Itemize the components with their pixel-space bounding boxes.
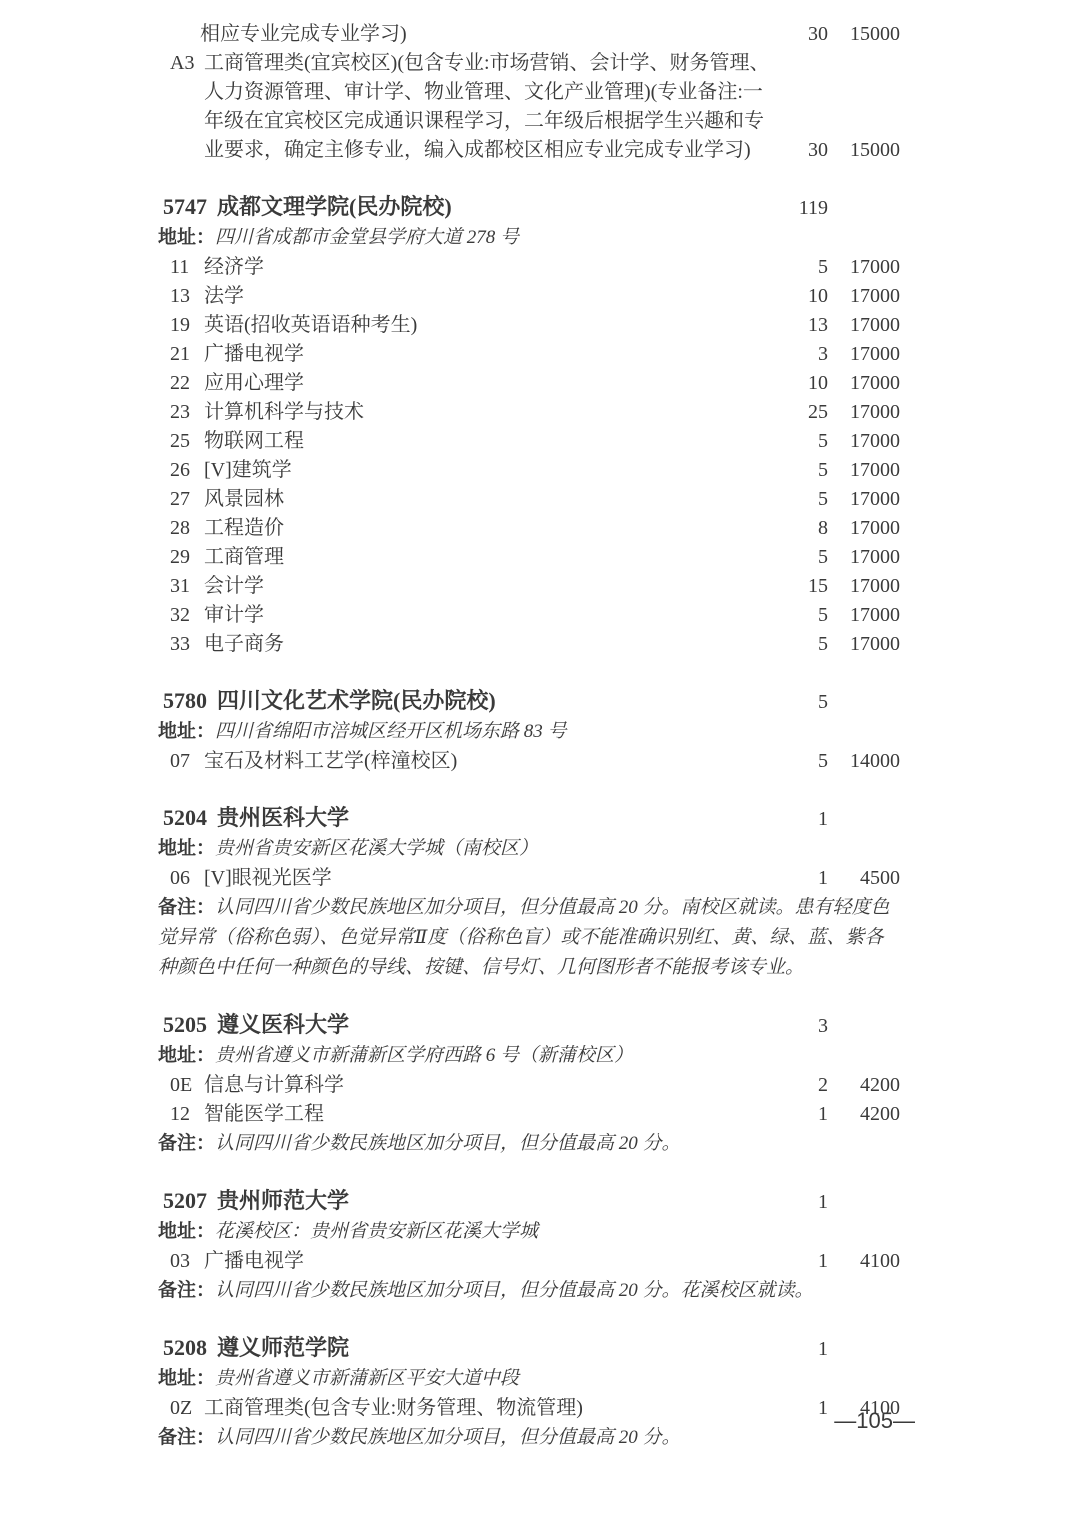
program-row: 13法学1017000 <box>158 282 900 311</box>
address-text: 四川省成都市金堂县学府大道 278 号 <box>215 223 519 253</box>
program-row: 11经济学517000 <box>158 253 900 282</box>
program-code: 03 <box>170 1247 204 1276</box>
program-count: 1 <box>778 1100 828 1129</box>
program-count: 5 <box>778 253 828 282</box>
note-label: 备注： <box>158 1280 215 1301</box>
address-row: 地址：贵州省贵安新区花溪大学城（南校区） <box>158 834 900 864</box>
program-name: 应用心理学 <box>204 369 778 398</box>
program-count: 5 <box>778 601 828 630</box>
school-total: 119 <box>778 194 828 223</box>
school-title: 5747成都文理学院(民办院校) <box>158 190 778 223</box>
program-fee: 17000 <box>828 340 900 369</box>
program-count: 3 <box>778 340 828 369</box>
school-header-row: 5205遵义医科大学3 <box>158 1008 900 1041</box>
program-fee: 17000 <box>828 282 900 311</box>
school-code: 5208 <box>163 1335 207 1360</box>
program-name: 法学 <box>204 282 778 311</box>
program-row: 03广播电视学14100 <box>158 1247 900 1276</box>
program-code: 07 <box>170 747 204 776</box>
school-total: 1 <box>778 1335 828 1364</box>
program-row: 12智能医学工程14200 <box>158 1100 900 1129</box>
program-name: 经济学 <box>204 253 778 282</box>
school-code: 5205 <box>163 1012 207 1037</box>
program-name: 广播电视学 <box>204 1247 778 1276</box>
program-count: 25 <box>778 398 828 427</box>
program-count: 8 <box>778 514 828 543</box>
program-name: 工商管理 <box>204 543 778 572</box>
program-code: 33 <box>170 630 204 659</box>
program-fee: 17000 <box>828 398 900 427</box>
program-code: 12 <box>170 1100 204 1129</box>
address-label: 地址： <box>158 1041 215 1071</box>
program-fee: 14000 <box>828 747 900 776</box>
address-label: 地址： <box>158 223 215 253</box>
program-row: 26[V]建筑学517000 <box>158 456 900 485</box>
program-row: 19英语(招收英语语种考生)1317000 <box>158 311 900 340</box>
program-row: 25物联网工程517000 <box>158 427 900 456</box>
school-header-row: 5207贵州师范大学1 <box>158 1184 900 1217</box>
program-count: 5 <box>778 747 828 776</box>
school-block: 5207贵州师范大学1地址：花溪校区：贵州省贵安新区花溪大学城03广播电视学14… <box>158 1184 900 1306</box>
address-label: 地址： <box>158 717 215 747</box>
program-fee: 4200 <box>828 1071 900 1100</box>
address-label: 地址： <box>158 834 215 864</box>
program-row: 32审计学517000 <box>158 601 900 630</box>
program-name: 信息与计算科学 <box>204 1071 778 1100</box>
program-name: 风景园林 <box>204 485 778 514</box>
program-name: 智能医学工程 <box>204 1100 778 1129</box>
address-row: 地址：花溪校区：贵州省贵安新区花溪大学城 <box>158 1217 900 1247</box>
schools-list: 5747成都文理学院(民办院校)119地址：四川省成都市金堂县学府大道 278 … <box>158 190 900 1453</box>
program-name: 电子商务 <box>204 630 778 659</box>
program-fee: 17000 <box>828 630 900 659</box>
school-code: 5780 <box>163 688 207 713</box>
school-total: 1 <box>778 805 828 834</box>
address-row: 地址：四川省成都市金堂县学府大道 278 号 <box>158 223 900 253</box>
program-count: 30 <box>778 136 828 165</box>
program-row: 07宝石及材料工艺学(梓潼校区)514000 <box>158 747 900 776</box>
school-block: 5205遵义医科大学3地址：贵州省遵义市新蒲新区学府西路 6 号（新蒲校区）0E… <box>158 1008 900 1159</box>
program-count: 5 <box>778 630 828 659</box>
school-title: 5204贵州医科大学 <box>158 801 778 834</box>
note-row: 备注：认同四川省少数民族地区加分项目，但分值最高 20 分。 <box>158 1423 900 1453</box>
address-row: 地址：四川省绵阳市涪城区经开区机场东路 83 号 <box>158 717 900 747</box>
program-code: 32 <box>170 601 204 630</box>
address-text: 四川省绵阳市涪城区经开区机场东路 83 号 <box>215 717 567 747</box>
note-row: 备注：认同四川省少数民族地区加分项目，但分值最高 20 分。 <box>158 1129 900 1159</box>
school-header-row: 5747成都文理学院(民办院校)119 <box>158 190 900 223</box>
school-total: 5 <box>778 688 828 717</box>
program-code: 13 <box>170 282 204 311</box>
note-label: 备注： <box>158 1427 215 1448</box>
program-fee: 4100 <box>828 1247 900 1276</box>
program-count: 30 <box>778 20 828 49</box>
program-count: 2 <box>778 1071 828 1100</box>
program-row: 33电子商务517000 <box>158 630 900 659</box>
program-fee: 17000 <box>828 427 900 456</box>
program-fee: 15000 <box>828 136 900 165</box>
program-row: 27风景园林517000 <box>158 485 900 514</box>
program-row: 28工程造价817000 <box>158 514 900 543</box>
program-fee: 15000 <box>828 20 900 49</box>
document-page: 相应专业完成专业学习) 30 15000 A3 工商管理类(宜宾校区)(包含专业… <box>0 0 1080 1527</box>
school-title: 5207贵州师范大学 <box>158 1184 778 1217</box>
school-code: 5204 <box>163 805 207 830</box>
program-count: 1 <box>778 864 828 893</box>
school-title: 5780四川文化艺术学院(民办院校) <box>158 684 778 717</box>
program-fee: 17000 <box>828 543 900 572</box>
program-fee: 4200 <box>828 1100 900 1129</box>
school-name: 贵州师范大学 <box>217 1188 349 1213</box>
program-code: 28 <box>170 514 204 543</box>
program-count: 10 <box>778 282 828 311</box>
program-name: 会计学 <box>204 572 778 601</box>
school-header-row: 5204贵州医科大学1 <box>158 801 900 834</box>
school-total: 1 <box>778 1188 828 1217</box>
program-row: 29工商管理517000 <box>158 543 900 572</box>
program-fee: 4500 <box>828 864 900 893</box>
program-count: 5 <box>778 456 828 485</box>
program-code: 23 <box>170 398 204 427</box>
school-name: 遵义医科大学 <box>217 1012 349 1037</box>
school-name: 成都文理学院(民办院校) <box>217 194 452 219</box>
note-text: 认同四川省少数民族地区加分项目，但分值最高 20 分。 <box>215 1427 681 1448</box>
program-name: 广播电视学 <box>204 340 778 369</box>
school-block: 5747成都文理学院(民办院校)119地址：四川省成都市金堂县学府大道 278 … <box>158 190 900 659</box>
page-content: 相应专业完成专业学习) 30 15000 A3 工商管理类(宜宾校区)(包含专业… <box>158 20 900 1453</box>
school-name: 遵义师范学院 <box>217 1335 349 1360</box>
program-name: 工商管理类(包含专业:财务管理、物流管理) <box>204 1394 778 1423</box>
program-fee: 17000 <box>828 311 900 340</box>
program-code: 26 <box>170 456 204 485</box>
address-label: 地址： <box>158 1217 215 1247</box>
program-name: 审计学 <box>204 601 778 630</box>
program-name: 英语(招收英语语种考生) <box>204 311 778 340</box>
program-name: 工程造价 <box>204 514 778 543</box>
program-count: 1 <box>778 1247 828 1276</box>
program-code: 21 <box>170 340 204 369</box>
program-name: [V]眼视光医学 <box>204 864 778 893</box>
program-code: 19 <box>170 311 204 340</box>
program-fee: 17000 <box>828 456 900 485</box>
program-fee: 17000 <box>828 572 900 601</box>
school-title: 5208遵义师范学院 <box>158 1331 778 1364</box>
program-code: 22 <box>170 369 204 398</box>
program-count: 13 <box>778 311 828 340</box>
program-count: 1 <box>778 1394 828 1423</box>
address-text: 花溪校区：贵州省贵安新区花溪大学城 <box>215 1217 538 1247</box>
program-name: 宝石及材料工艺学(梓潼校区) <box>204 747 778 776</box>
program-row: 0E信息与计算科学24200 <box>158 1071 900 1100</box>
program-code: 29 <box>170 543 204 572</box>
program-code: 0E <box>170 1071 204 1100</box>
note-text: 认同四川省少数民族地区加分项目，但分值最高 20 分。南校区就读。患有轻度色觉异… <box>158 897 890 978</box>
program-count: 10 <box>778 369 828 398</box>
school-total: 3 <box>778 1012 828 1041</box>
program-row: 23计算机科学与技术2517000 <box>158 398 900 427</box>
program-fee: 17000 <box>828 514 900 543</box>
school-block: 5780四川文化艺术学院(民办院校)5地址：四川省绵阳市涪城区经开区机场东路 8… <box>158 684 900 776</box>
school-name: 四川文化艺术学院(民办院校) <box>217 688 496 713</box>
program-code: 0Z <box>170 1394 204 1423</box>
note-label: 备注： <box>158 1133 215 1154</box>
note-row: 备注：认同四川省少数民族地区加分项目，但分值最高 20 分。南校区就读。患有轻度… <box>158 893 900 983</box>
program-count: 15 <box>778 572 828 601</box>
program-code: A3 <box>170 49 204 78</box>
address-row: 地址：贵州省遵义市新蒲新区平安大道中段 <box>158 1364 900 1394</box>
program-code: 06 <box>170 864 204 893</box>
program-name: 工商管理类(宜宾校区)(包含专业:市场营销、会计学、财务管理、人力资源管理、审计… <box>204 49 778 165</box>
carryover-row: 相应专业完成专业学习) 30 15000 <box>158 20 900 49</box>
program-count: 5 <box>778 485 828 514</box>
school-block: 5208遵义师范学院1地址：贵州省遵义市新蒲新区平安大道中段0Z工商管理类(包含… <box>158 1331 900 1453</box>
program-row: 0Z工商管理类(包含专业:财务管理、物流管理)14100 <box>158 1394 900 1423</box>
program-row: 31会计学1517000 <box>158 572 900 601</box>
program-count: 5 <box>778 543 828 572</box>
note-text: 认同四川省少数民族地区加分项目，但分值最高 20 分。花溪校区就读。 <box>215 1280 814 1301</box>
program-code: 27 <box>170 485 204 514</box>
program-name: [V]建筑学 <box>204 456 778 485</box>
program-fee: 17000 <box>828 601 900 630</box>
school-header-row: 5208遵义师范学院1 <box>158 1331 900 1364</box>
program-name: 计算机科学与技术 <box>204 398 778 427</box>
note-text: 认同四川省少数民族地区加分项目，但分值最高 20 分。 <box>215 1133 681 1154</box>
program-code: 25 <box>170 427 204 456</box>
program-fee: 17000 <box>828 485 900 514</box>
school-header-row: 5780四川文化艺术学院(民办院校)5 <box>158 684 900 717</box>
program-fee: 17000 <box>828 253 900 282</box>
address-row: 地址：贵州省遵义市新蒲新区学府西路 6 号（新蒲校区） <box>158 1041 900 1071</box>
address-label: 地址： <box>158 1364 215 1394</box>
program-row: 22应用心理学1017000 <box>158 369 900 398</box>
program-count: 5 <box>778 427 828 456</box>
school-code: 5747 <box>163 194 207 219</box>
program-row: 06[V]眼视光医学14500 <box>158 864 900 893</box>
program-code: 11 <box>170 253 204 282</box>
school-code: 5207 <box>163 1188 207 1213</box>
school-title: 5205遵义医科大学 <box>158 1008 778 1041</box>
program-name: 物联网工程 <box>204 427 778 456</box>
address-text: 贵州省遵义市新蒲新区平安大道中段 <box>215 1364 519 1394</box>
carryover-text: 相应专业完成专业学习) <box>158 20 778 49</box>
program-row: 21广播电视学317000 <box>158 340 900 369</box>
school-name: 贵州医科大学 <box>217 805 349 830</box>
program-row: A3 工商管理类(宜宾校区)(包含专业:市场营销、会计学、财务管理、人力资源管理… <box>158 49 900 165</box>
address-text: 贵州省遵义市新蒲新区学府西路 6 号（新蒲校区） <box>215 1041 633 1071</box>
note-label: 备注： <box>158 897 215 918</box>
program-fee: 17000 <box>828 369 900 398</box>
note-row: 备注：认同四川省少数民族地区加分项目，但分值最高 20 分。花溪校区就读。 <box>158 1276 900 1306</box>
school-block: 5204贵州医科大学1地址：贵州省贵安新区花溪大学城（南校区）06[V]眼视光医… <box>158 801 900 983</box>
address-text: 贵州省贵安新区花溪大学城（南校区） <box>215 834 538 864</box>
program-code: 31 <box>170 572 204 601</box>
page-number: —105— <box>834 1408 915 1434</box>
